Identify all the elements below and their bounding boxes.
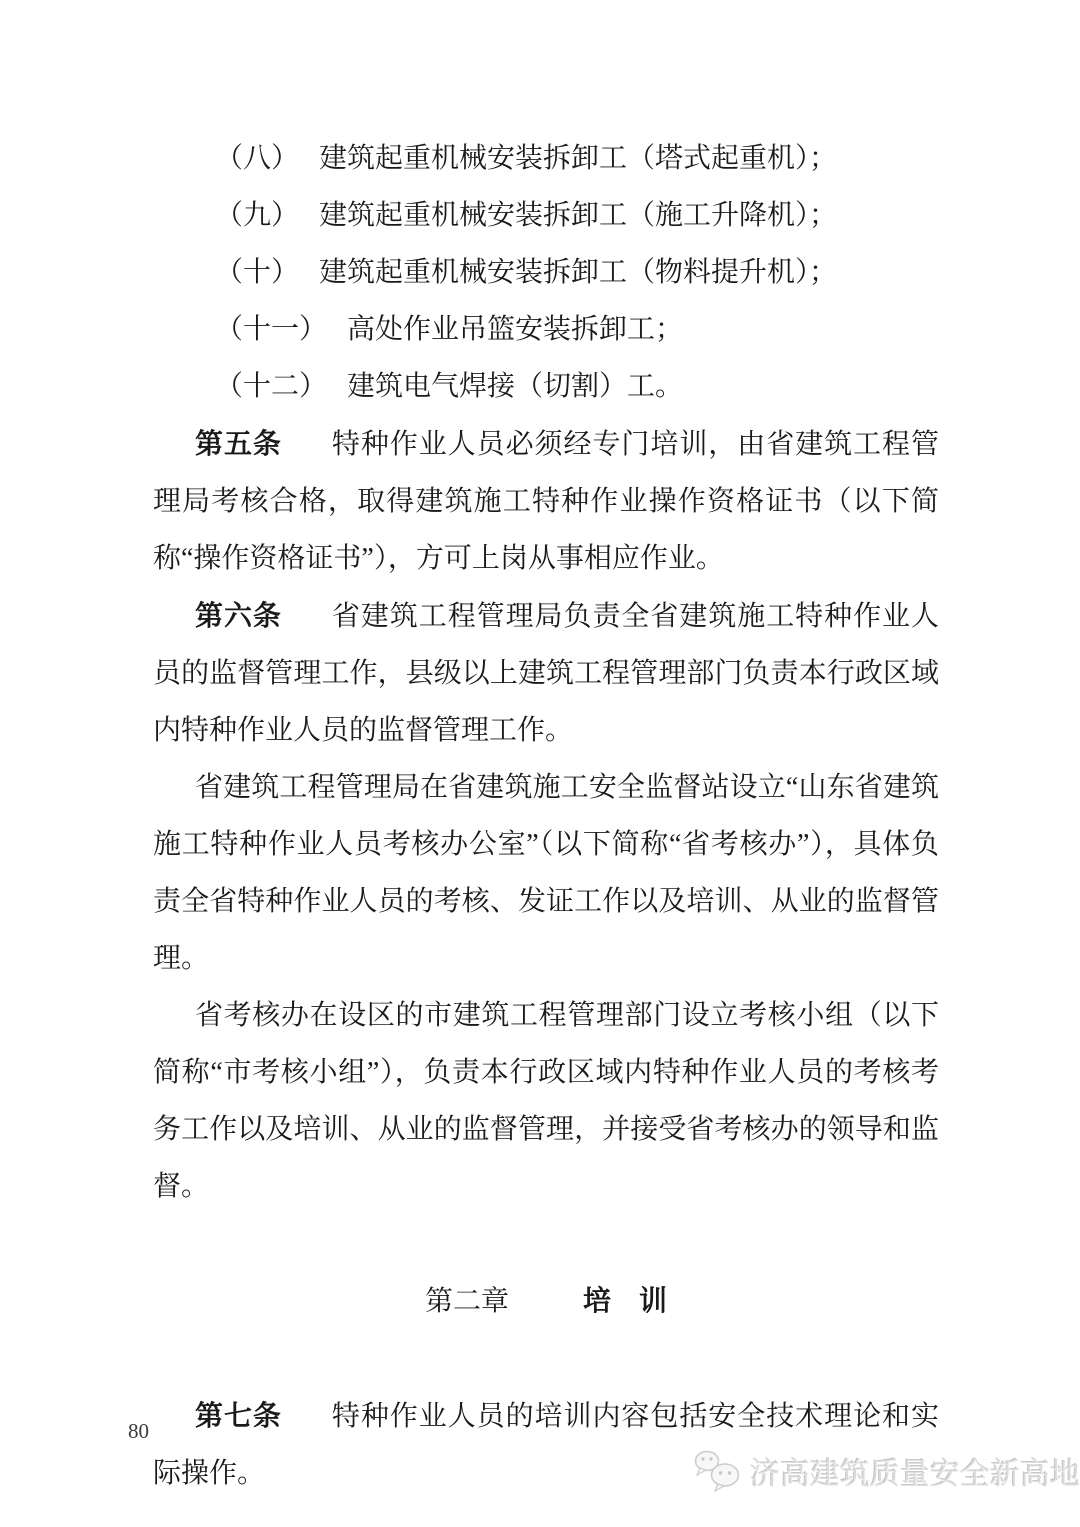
chapter-heading: 第二章培 训	[153, 1272, 939, 1330]
chapter-title: 培 训	[583, 1285, 667, 1316]
list-item: （八）建筑起重机械安装拆卸工（塔式起重机）；	[153, 130, 939, 187]
list-item-text: 建筑起重机械安装拆卸工（施工升降机）；	[319, 200, 837, 231]
list-item: （十一）高处作业吊篮安装拆卸工；	[153, 301, 939, 358]
article-5-label: 第五条	[195, 428, 282, 459]
paragraph: 省建筑工程管理局在省建筑施工安全监督站设立“山东省建筑施工特种作业人员考核办公室…	[153, 759, 939, 987]
list-item-number: （八）	[215, 143, 299, 174]
watermark-text: 济高建筑质量安全新高地	[750, 1449, 1080, 1493]
list-item: （十）建筑起重机械安装拆卸工（物料提升机）；	[153, 244, 939, 301]
document-body: （八）建筑起重机械安装拆卸工（塔式起重机）； （九）建筑起重机械安装拆卸工（施工…	[153, 130, 939, 1502]
chapter-number: 第二章	[425, 1286, 509, 1317]
list-item-text: 建筑起重机械安装拆卸工（塔式起重机）；	[319, 143, 837, 174]
article-7-label: 第七条	[195, 1400, 282, 1431]
list-item-text: 建筑电气焊接（切割）工。	[347, 371, 683, 402]
page-number: 80	[128, 1419, 149, 1444]
paragraph: 省考核办在设区的市建筑工程管理部门设立考核小组（以下简称“市考核小组”），负责本…	[153, 987, 939, 1215]
wechat-icon	[692, 1448, 744, 1494]
watermark: 济高建筑质量安全新高地	[692, 1448, 1080, 1494]
list-item-number: （十）	[215, 257, 299, 288]
article-6-label: 第六条	[195, 600, 282, 631]
list-item: （十二）建筑电气焊接（切割）工。	[153, 358, 939, 415]
list-item: （九）建筑起重机械安装拆卸工（施工升降机）；	[153, 187, 939, 244]
list-item-number: （九）	[215, 200, 299, 231]
list-item-number: （十二）	[215, 371, 327, 402]
article-5: 第五条特种作业人员必须经专门培训，由省建筑工程管理局考核合格，取得建筑施工特种作…	[153, 415, 939, 587]
list-item-text: 建筑起重机械安装拆卸工（物料提升机）；	[319, 257, 837, 288]
list-item-number: （十一）	[215, 314, 327, 345]
article-6: 第六条省建筑工程管理局负责全省建筑施工特种作业人员的监督管理工作，县级以上建筑工…	[153, 587, 939, 759]
list-item-text: 高处作业吊篮安装拆卸工；	[347, 314, 683, 345]
document-page: （八）建筑起重机械安装拆卸工（塔式起重机）； （九）建筑起重机械安装拆卸工（施工…	[0, 0, 1080, 1527]
